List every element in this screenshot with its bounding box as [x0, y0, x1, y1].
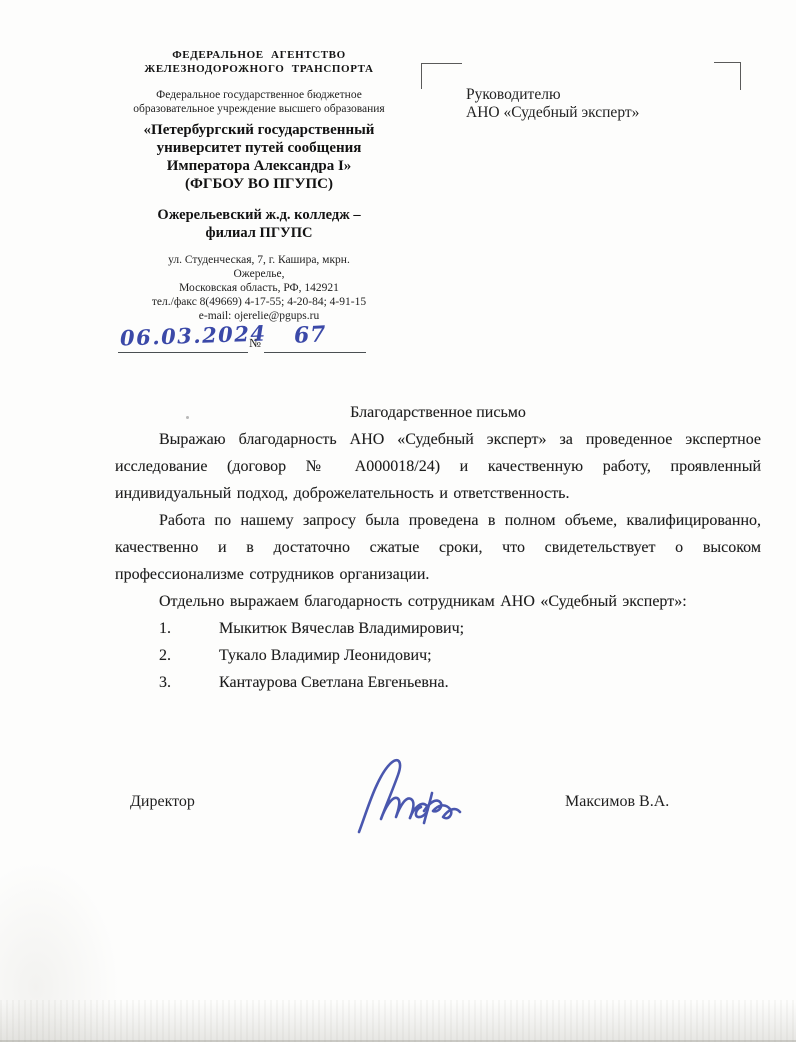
number-sign: № — [249, 336, 261, 351]
scan-noise-bottom — [0, 1000, 796, 1042]
list-item-name: Кантаурова Светлана Евгеньевна. — [219, 674, 449, 691]
address-line: ул. Студенческая, 7, г. Кашира, мкрн. — [118, 253, 400, 267]
paragraph-3: Отдельно выражаем благодарность сотрудни… — [115, 588, 761, 615]
addressee-org: АНО «Судебный эксперт» — [466, 104, 639, 122]
letter-body: Благодарственное письмо Выражаю благодар… — [115, 399, 761, 696]
list-item-number: 1. — [159, 615, 215, 642]
paragraph-1: Выражаю благодарность АНО «Судебный эксп… — [115, 426, 761, 507]
branch-name: Ожерельевский ж.д. колледж – филиал ПГУП… — [140, 206, 378, 242]
university-name: «Петербургский государственный университ… — [118, 121, 400, 175]
address-line: Московская область, РФ, 142921 — [118, 281, 400, 295]
corner-mark-left — [421, 63, 462, 89]
list-item: 3. Кантаурова Светлана Евгеньевна. — [115, 669, 761, 696]
list-item-name: Тукало Владимир Леонидович; — [219, 647, 432, 664]
list-item-name: Мыкитюк Вячеслав Владимирович; — [219, 620, 464, 637]
signer-position: Директор — [130, 793, 195, 811]
address-line: Ожерелье, — [118, 267, 400, 281]
phone-line: тел./факс 8(49669) 4-17-55; 4-20-84; 4-9… — [118, 295, 400, 309]
handwritten-date: 06.03.2024 — [120, 320, 267, 350]
date-number-row: 06.03.2024 № 67 — [118, 327, 400, 363]
number-underline — [264, 352, 366, 353]
list-item-number: 3. — [159, 669, 215, 696]
corner-mark-right — [714, 62, 741, 90]
agency-name: ФЕДЕРАЛЬНОЕ АГЕНТСТВО ЖЕЛЕЗНОДОРОЖНОГО Т… — [118, 48, 400, 76]
letterhead: ФЕДЕРАЛЬНОЕ АГЕНТСТВО ЖЕЛЕЗНОДОРОЖНОГО Т… — [118, 48, 400, 363]
handwritten-doc-number: 67 — [293, 321, 327, 349]
scan-speck — [757, 469, 761, 471]
scan-speck — [186, 416, 189, 419]
signer-name: Максимов В.А. — [565, 793, 669, 811]
list-item-number: 2. — [159, 642, 215, 669]
list-item: 1. Мыкитюк Вячеслав Владимирович; — [115, 615, 761, 642]
org-type: Федеральное государственное бюджетное об… — [118, 89, 400, 116]
address-block: ул. Студенческая, 7, г. Кашира, мкрн. Ож… — [118, 253, 400, 323]
paragraph-2: Работа по нашему запросу была проведена … — [115, 507, 761, 588]
letter-title: Благодарственное письмо — [115, 399, 761, 426]
date-underline — [118, 352, 248, 353]
addressee-role: Руководителю — [466, 86, 639, 104]
list-item: 2. Тукало Владимир Леонидович; — [115, 642, 761, 669]
addressee-block: Руководителю АНО «Судебный эксперт» — [466, 86, 639, 121]
signature-ink — [352, 756, 467, 840]
scanned-letter-page: ФЕДЕРАЛЬНОЕ АГЕНТСТВО ЖЕЛЕЗНОДОРОЖНОГО Т… — [0, 0, 796, 1042]
university-abbr: (ФГБОУ ВО ПГУПС) — [118, 175, 400, 193]
